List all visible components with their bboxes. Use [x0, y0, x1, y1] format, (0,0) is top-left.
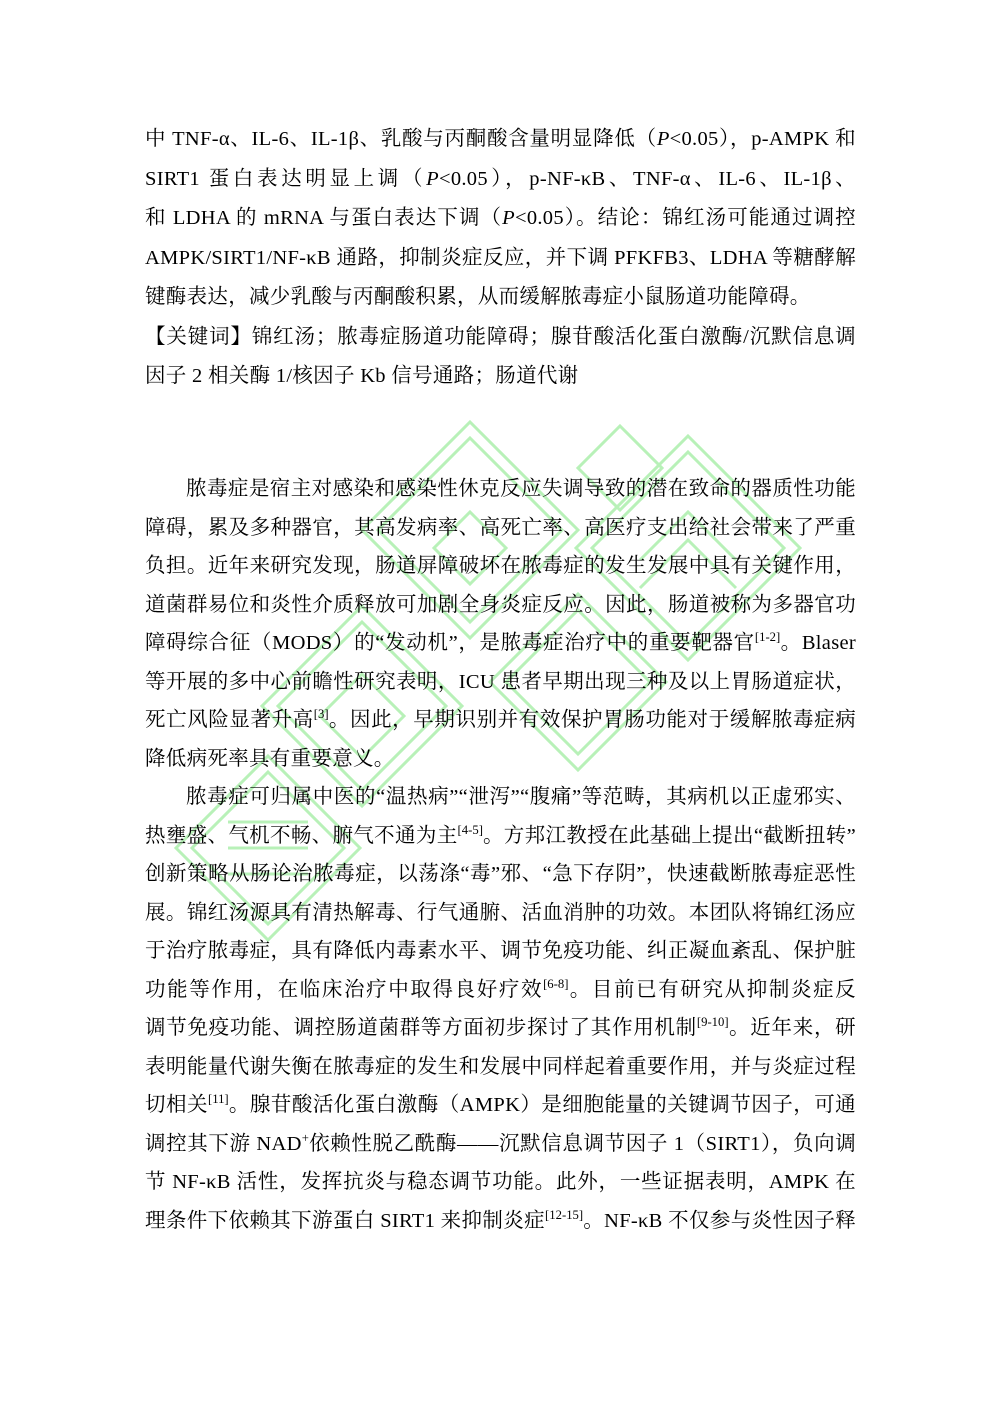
body-line: 死亡风险显著升高[3]。因此，早期识别并有效保护胃肠功能对于缓解脓毒症病情、 — [145, 701, 856, 740]
body-line: 负担。近年来研究发现，肠道屏障破坏在脓毒症的发生发展中具有关键作用，肠 — [145, 547, 856, 586]
body-line: 表明能量代谢失衡在脓毒症的发生和发展中同样起着重要作用，并与炎症过程密 — [145, 1048, 856, 1087]
abstract-line: 和 LDHA 的 mRNA 与蛋白表达下调（P<0.05）。结论：锦红汤可能通过… — [145, 199, 856, 239]
body-line: 脓毒症可归属中医的“温热病”“泄泻”“腹痛”等范畴，其病机以正虚邪实、毒 — [145, 778, 856, 817]
body-line: 功能等作用，在临床治疗中取得良好疗效[6-8]。目前已有研究从抑制炎症反应、 — [145, 971, 856, 1010]
body-line: 道菌群易位和炎性介质释放可加剧全身炎症反应。因此，肠道被称为多器官功能 — [145, 586, 856, 625]
intro-paragraph-1: 脓毒症是宿主对感染和感染性休克反应失调导致的潜在致命的器质性功能 障碍，累及多种… — [145, 470, 856, 778]
body-line: 创新策略从肠论治脓毒症，以荡涤“毒”邪、“急下存阴”，快速截断脓毒症恶性发 — [145, 855, 856, 894]
abstract-continuation: 中 TNF-α、IL-6、IL-1β、乳酸与丙酮酸含量明显降低（P<0.05），… — [145, 120, 856, 397]
body-line: 热壅盛、气机不畅、腑气不通为主[4-5]。方邦江教授在此基础上提出“截断扭转” — [145, 817, 856, 856]
document-page: 中 TNF-α、IL-6、IL-1β、乳酸与丙酮酸含量明显降低（P<0.05），… — [0, 0, 992, 1403]
body-line: 障碍，累及多种器官，其高发病率、高死亡率、高医疗支出给社会带来了严重的 — [145, 509, 856, 548]
abstract-line: SIRT1 蛋白表达明显上调（P<0.05），p-NF-κB、TNF-α、IL-… — [145, 160, 856, 200]
body-line: 降低病死率具有重要意义。 — [145, 740, 856, 779]
body-line: 展。锦红汤源具有清热解毒、行气通腑、活血消肿的功效。本团队将锦红汤应用 — [145, 894, 856, 933]
body-line: 调节免疫功能、调控肠道菌群等方面初步探讨了其作用机制[9-10]。近年来，研究 — [145, 1009, 856, 1048]
body-line: 节 NF-κB 活性，发挥抗炎与稳态调节功能。此外，一些证据表明，AMPK 在病 — [145, 1163, 856, 1202]
intro-paragraph-2: 脓毒症可归属中医的“温热病”“泄泻”“腹痛”等范畴，其病机以正虚邪实、毒 热壅盛… — [145, 778, 856, 1240]
keywords-line: 因子 2 相关酶 1/核因子 Kb 信号通路；肠道代谢 — [145, 357, 856, 397]
abstract-line: AMPK/SIRT1/NF-κB 通路，抑制炎症反应，并下调 PFKFB3、LD… — [145, 239, 856, 279]
keywords-line: 【关键词】锦红汤；脓毒症肠道功能障碍；腺苷酸活化蛋白激酶/沉默信息调节 — [145, 318, 856, 358]
body-line: 于治疗脓毒症，具有降低内毒素水平、调节免疫功能、纠正凝血紊乱、保护脏器 — [145, 932, 856, 971]
body-line: 切相关[11]。腺苷酸活化蛋白激酶（AMPK）是细胞能量的关键调节因子，可通过 — [145, 1086, 856, 1125]
abstract-line: 中 TNF-α、IL-6、IL-1β、乳酸与丙酮酸含量明显降低（P<0.05），… — [145, 120, 856, 160]
keywords-block: 【关键词】锦红汤；脓毒症肠道功能障碍；腺苷酸活化蛋白激酶/沉默信息调节 因子 2… — [145, 318, 856, 397]
body-line: 理条件下依赖其下游蛋白 SIRT1 来抑制炎症[12-15]。NF-κB 不仅参… — [145, 1202, 856, 1241]
body-line: 脓毒症是宿主对感染和感染性休克反应失调导致的潜在致命的器质性功能 — [145, 470, 856, 509]
abstract-line: 键酶表达，减少乳酸与丙酮酸积累，从而缓解脓毒症小鼠肠道功能障碍。 — [145, 278, 856, 318]
body-line: 障碍综合征（MODS）的“发动机”，是脓毒症治疗中的重要靶器官[1-2]。Bla… — [145, 624, 856, 663]
body-line: 调控其下游 NAD+依赖性脱乙酰酶——沉默信息调节因子 1（SIRT1），负向调 — [145, 1125, 856, 1164]
body-line: 等开展的多中心前瞻性研究表明，ICU 患者早期出现三种及以上胃肠道症状，其 — [145, 663, 856, 702]
introduction-text: 脓毒症是宿主对感染和感染性休克反应失调导致的潜在致命的器质性功能 障碍，累及多种… — [145, 470, 856, 1240]
